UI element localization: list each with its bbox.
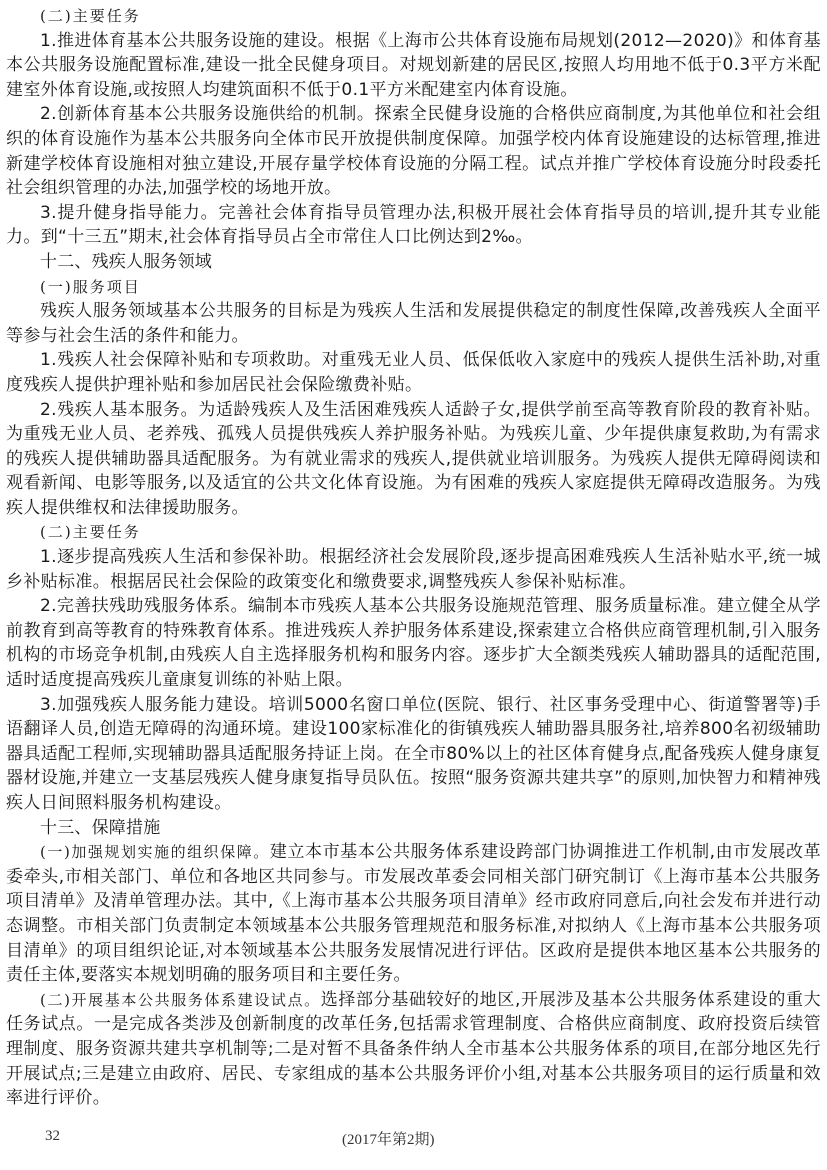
paragraph-sports-supply-mechanism: 2.创新体育基本公共服务设施供给的机制。探索全民健身设施的合格供应商制度,为其他… xyxy=(6,102,821,200)
paragraph-disabled-goal: 残疾人服务领域基本公共服务的目标是为残疾人生活和发展提供稳定的制度性保障,改善残… xyxy=(6,299,821,348)
paragraph-disabled-capacity: 3.加强残疾人服务能力建设。培训5000名窗口单位(医院、银行、社区事务受理中心… xyxy=(6,693,821,816)
paragraph-lead-organizational: (一)加强规划实施的组织保障。 xyxy=(40,843,270,861)
paragraph-fitness-guidance: 3.提升健身指导能力。完善社会体育指导员管理办法,积极开展社会体育指导员的培训,… xyxy=(6,201,821,250)
paragraph-sports-facilities: 1.推进体育基本公共服务设施的建设。根据《上海市公共体育设施布局规划(2012—… xyxy=(6,29,821,103)
paragraph-pilot-program: (二)开展基本公共服务体系建设试点。选择部分基础较好的地区,开展涉及基本公共服务… xyxy=(6,988,821,1111)
paragraph-disabled-service-system: 2.完善扶残助残服务体系。编制本市残疾人基本公共服务设施规范管理、服务质量标准。… xyxy=(6,594,821,692)
paragraph-disabled-social-security: 1.残疾人社会保障补贴和专项救助。对重残无业人员、低保低收入家庭中的残疾人提供生… xyxy=(6,348,821,397)
document-body: (二)主要任务 1.推进体育基本公共服务设施的建设。根据《上海市公共体育设施布局… xyxy=(6,4,821,1111)
issue-label: (2017年第2期) xyxy=(342,1128,435,1149)
page-number: 32 xyxy=(45,1128,60,1145)
paragraph-organizational-guarantee: (一)加强规划实施的组织保障。建立本市基本公共服务体系建设跨部门协调推进工作机制… xyxy=(6,840,821,988)
subheading-main-tasks-sports: (二)主要任务 xyxy=(6,4,821,29)
paragraph-body-organizational: 建立本市基本公共服务体系建设跨部门协调推进工作机制,由市发展改革委牵头,市相关部… xyxy=(6,842,821,985)
section-heading-disabled-services: 十二、残疾人服务领域 xyxy=(6,250,821,275)
subheading-service-items: (一)服务项目 xyxy=(6,275,821,300)
paragraph-disabled-basic-services: 2.残疾人基本服务。为适龄残疾人及生活困难残疾人适龄子女,提供学前至高等教育阶段… xyxy=(6,398,821,521)
paragraph-disabled-subsidy: 1.逐步提高残疾人生活和参保补助。根据经济社会发展阶段,逐步提高困难残疾人生活补… xyxy=(6,545,821,594)
subheading-main-tasks-disabled: (二)主要任务 xyxy=(6,520,821,545)
section-heading-safeguards: 十三、保障措施 xyxy=(6,816,821,841)
paragraph-lead-pilot: (二)开展基本公共服务体系建设试点。 xyxy=(40,991,321,1009)
